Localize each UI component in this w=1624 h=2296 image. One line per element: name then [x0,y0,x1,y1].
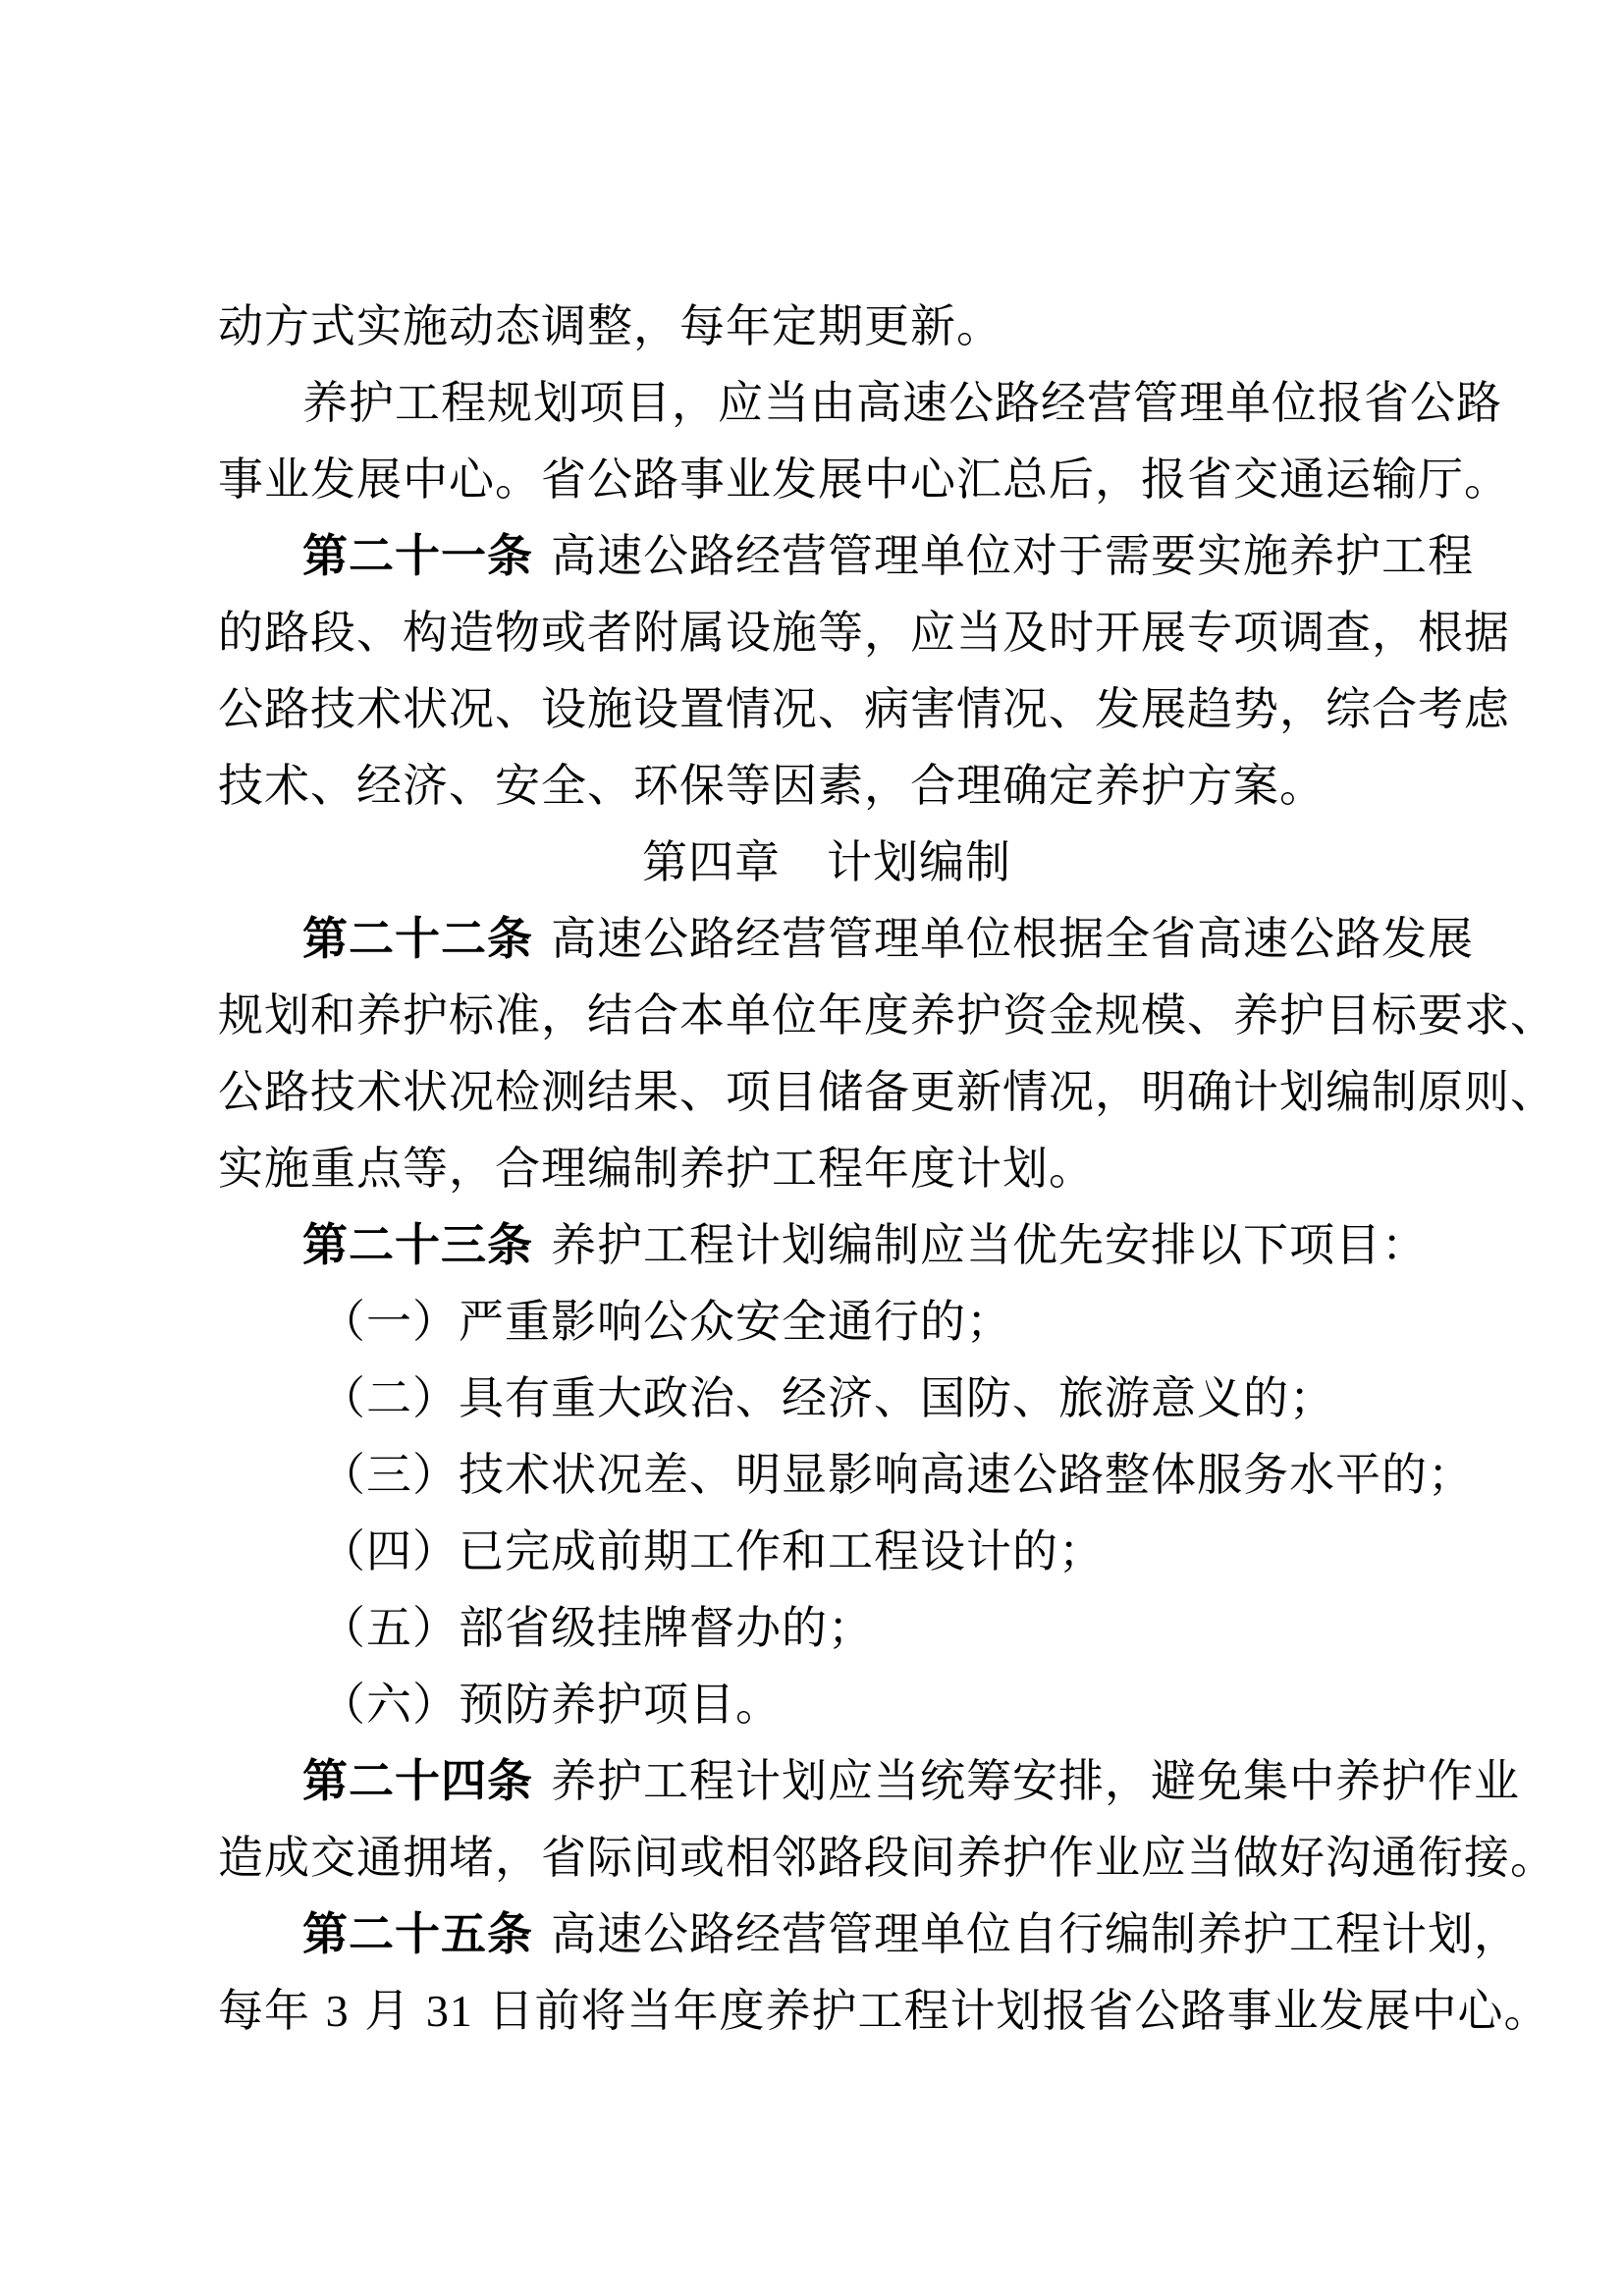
list-item: （五）部省级挂牌督办的； [320,1598,1396,1657]
list-item: （四）已完成前期工作和工程设计的； [320,1522,1396,1580]
month-number: 3 [326,1986,350,2036]
day-number: 31 [426,1986,473,2036]
text-prefix: 每年 [218,1984,310,2037]
chapter-heading: 第四章 计划编制 [0,832,1624,891]
paragraph-line: 公路技术状况、设施设置情况、病害情况、发展趋势，综合考虑 [218,679,1396,738]
article-23-line: 第二十三条养护工程计划编制应当优先安排以下项目： [302,1215,1396,1274]
paragraph-line: 造成交通拥堵，省际间或相邻路段间养护作业应当做好沟通衔接。 [218,1828,1396,1887]
paragraph-line: 动方式实施动态调整，每年定期更新。 [218,296,1396,355]
article-21-label: 第二十一条 [302,529,533,582]
article-24-line: 第二十四条养护工程计划应当统筹安排，避免集中养护作业 [302,1751,1396,1810]
paragraph-line: 实施重点等，合理编制养护工程年度计划。 [218,1139,1396,1198]
list-item: （二）具有重大政治、经济、国防、旅游意义的； [320,1368,1396,1427]
text-suffix: 日前将当年度养护工程计划报省公路事业发展中心。 [489,1984,1550,2037]
paragraph-line: 养护工程规划项目，应当由高速公路经营管理单位报省公路 [302,373,1396,432]
paragraph-line: 规划和养护标准，结合本单位年度养护资金规模、养护目标要求、 [218,986,1396,1044]
list-item: （三）技术状况差、明显影响高速公路整体服务水平的； [320,1445,1396,1504]
paragraph-line: 技术、经济、安全、环保等因素，合理确定养护方案。 [218,756,1396,815]
article-text: 高速公路经营管理单位自行编制养护工程计划， [551,1907,1520,1960]
article-text: 高速公路经营管理单位根据全省高速公路发展 [551,912,1474,965]
article-text: 养护工程计划编制应当优先安排以下项目： [551,1218,1428,1271]
paragraph-line: 每年 3 月 31 日前将当年度养护工程计划报省公路事业发展中心。 [218,1981,1396,2041]
article-text: 养护工程计划应当统筹安排，避免集中养护作业 [551,1754,1520,1807]
paragraph-line: 的路段、构造物或者附属设施等，应当及时开展专项调查，根据 [218,603,1396,662]
article-25-line: 第二十五条高速公路经营管理单位自行编制养护工程计划， [302,1904,1396,1963]
article-text: 高速公路经营管理单位对于需要实施养护工程 [551,529,1474,582]
article-25-label: 第二十五条 [302,1907,533,1960]
article-24-label: 第二十四条 [302,1754,533,1807]
paragraph-line: 公路技术状况检测结果、项目储备更新情况，明确计划编制原则、 [218,1062,1396,1121]
month-unit: 月 [364,1984,410,2037]
article-21-line: 第二十一条高速公路经营管理单位对于需要实施养护工程 [302,526,1396,585]
document-page: 动方式实施动态调整，每年定期更新。 养护工程规划项目，应当由高速公路经营管理单位… [0,0,1624,2296]
article-22-line: 第二十二条高速公路经营管理单位根据全省高速公路发展 [302,909,1396,968]
list-item: （六）预防养护项目。 [320,1675,1396,1734]
list-item: （一）严重影响公众安全通行的； [320,1292,1396,1351]
article-23-label: 第二十三条 [302,1218,533,1271]
paragraph-line: 事业发展中心。省公路事业发展中心汇总后，报省交通运输厅。 [218,450,1396,508]
article-22-label: 第二十二条 [302,912,533,965]
